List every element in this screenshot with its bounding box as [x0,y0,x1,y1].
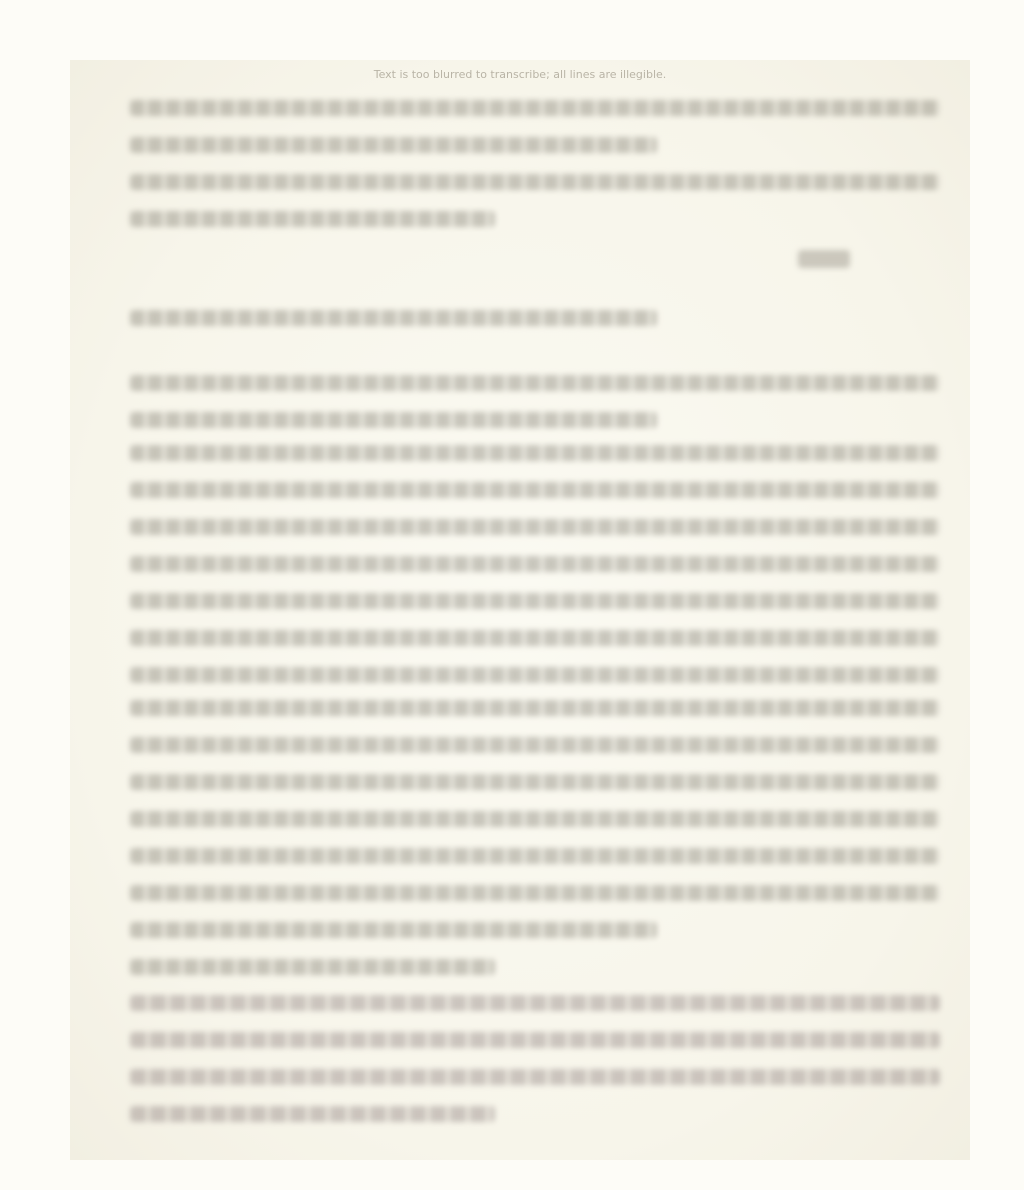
paragraph-line: [illegible] [130,519,940,535]
paragraph-line: [illegible] [130,774,940,790]
paragraph-line: [illegible] [130,885,940,901]
paragraph-1: [illegible] [illegible] [130,375,940,449]
paragraph-line: [illegible] [130,630,940,646]
header-line: [illegible] [130,100,940,116]
paragraph-line: [illegible] [130,412,657,428]
header-line: [illegible] [130,174,940,190]
paragraph-3: [illegible] [illegible] [illegible] [ill… [130,700,940,996]
paragraph-line: [illegible] [130,556,940,572]
paragraph-line: [illegible] [130,995,940,1011]
signature-mark: [illegible] [798,250,850,268]
paragraph-line: [illegible] [130,737,940,753]
paragraph-line: [illegible] [130,1106,495,1122]
paragraph-line: [illegible] [130,593,940,609]
header-line: [illegible] [130,137,657,153]
paragraph-line: [illegible] [130,1069,940,1085]
paragraph-line: [illegible] [130,959,495,975]
paragraph-line: [illegible] [130,375,940,391]
legibility-note: Text is too blurred to transcribe; all l… [70,68,970,81]
paragraph-line: [illegible] [130,922,657,938]
paragraph-line: [illegible] [130,482,940,498]
paragraph-line: [illegible] [130,848,940,864]
header-block: [illegible] [illegible] [illegible] [ill… [130,100,940,248]
document-page: Text is too blurred to transcribe; all l… [70,60,970,1160]
paragraph-line: [illegible] [130,700,940,716]
paragraph-line: [illegible] [130,811,940,827]
paragraph-2: [illegible] [illegible] [illegible] [ill… [130,445,940,704]
paragraph-line: [illegible] [130,445,940,461]
paragraph-4: [illegible] [illegible] [illegible] [ill… [130,995,940,1143]
header-line: [illegible] [130,211,495,227]
paragraph-line: [illegible] [130,1032,940,1048]
section-heading-block: [illegible] [130,310,940,347]
section-heading: [illegible] [130,310,657,326]
paragraph-line: [illegible] [130,667,940,683]
